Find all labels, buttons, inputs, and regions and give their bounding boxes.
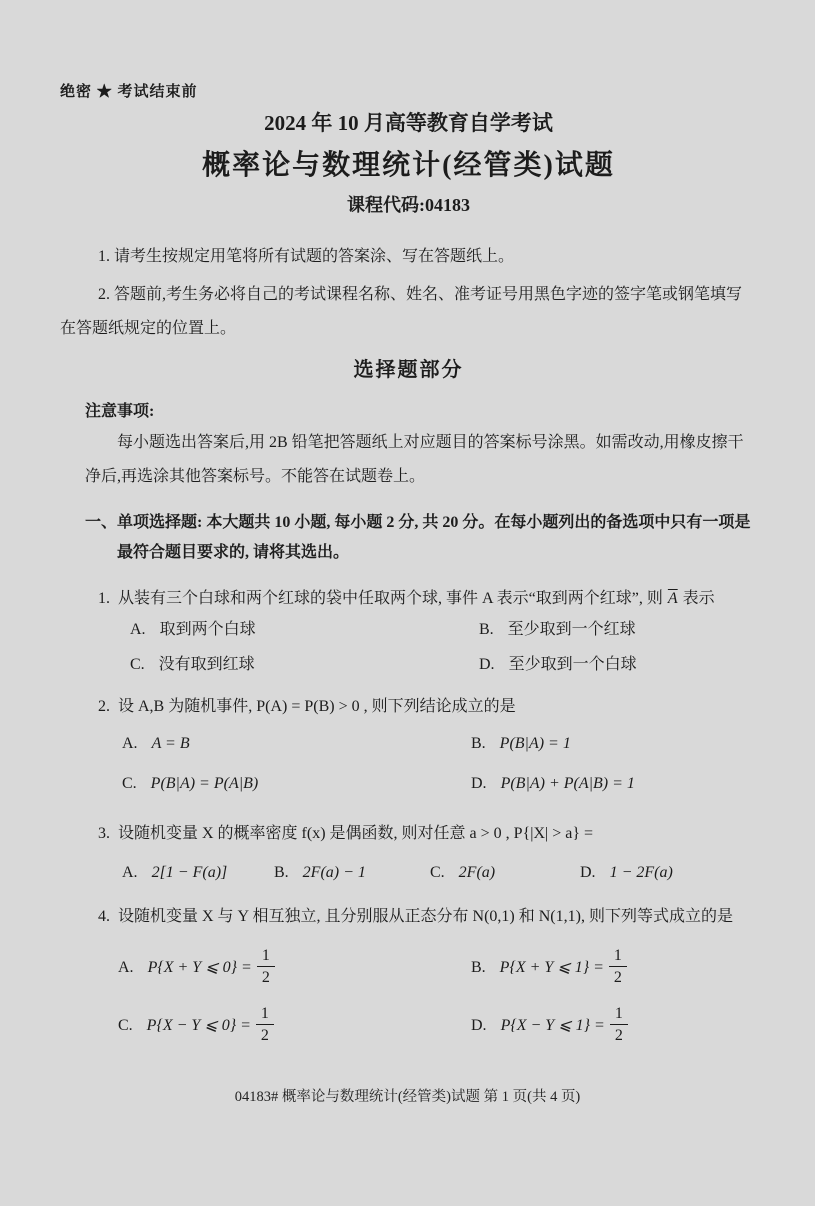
question-3-option-d: D.1 − 2F(a) [580,862,757,884]
option-label: A. [118,959,134,976]
question-1-text-suffix: 表示 [683,590,715,607]
option-text: 没有取到红球 [159,656,255,673]
page-footer: 04183# 概率论与数理统计(经管类)试题 第 1 页(共 4 页) [0,1085,815,1106]
fraction-numerator: 1 [256,1004,274,1025]
option-formula: A = B [152,735,190,752]
question-1: 1.从装有三个白球和两个红球的袋中任取两个球, 事件 A 表示“取到两个红球”,… [60,582,757,676]
option-formula: P(B|A) = 1 [500,735,571,752]
option-label: B. [274,864,289,881]
question-4-option-d: D.P{X − Y ⩽ 1} =12 [471,1002,757,1050]
question-3-option-b: B.2F(a) − 1 [274,862,430,884]
fraction-denominator: 2 [609,967,627,987]
option-label: A. [130,621,146,638]
option-label: C. [122,775,137,792]
question-4-option-c: C.P{X − Y ⩽ 0} =12 [118,1002,471,1050]
option-label: B. [479,621,494,638]
question-1-stem: 1.从装有三个白球和两个红球的袋中任取两个球, 事件 A 表示“取到两个红球”,… [98,582,757,615]
question-3-option-a: A.2[1 − F(a)] [122,862,274,884]
question-2-options: A.A = B B.P(B|A) = 1 C.P(B|A) = P(A|B) D… [122,733,757,795]
fraction-numerator: 1 [609,946,627,967]
course-code: 课程代码:04183 [60,192,757,218]
option-formula: P(B|A) + P(A|B) = 1 [501,775,635,792]
general-instruction-2: 2. 答题前,考生务必将自己的考试课程名称、姓名、准考证号用黑色字迹的签字笔或钢… [60,278,757,346]
option-label: D. [479,656,495,673]
notes-label: 注意事项: [85,400,757,424]
question-4-option-b: B.P{X + Y ⩽ 1} =12 [471,944,757,992]
fraction-denominator: 2 [256,1025,274,1045]
fraction-one-half: 12 [256,1004,274,1045]
question-2-text: 设 A,B 为随机事件, P(A) = P(B) > 0 , 则下列结论成立的是 [118,698,516,715]
exam-session-title: 2024 年 10 月高等教育自学考试 [60,108,757,138]
question-3-text: 设随机变量 X 的概率密度 f(x) 是偶函数, 则对任意 a > 0 , P{… [118,825,593,842]
question-4-option-a: A.P{X + Y ⩽ 0} =12 [118,944,471,992]
section-one-heading: 一、单项选择题: 本大题共 10 小题, 每小题 2 分, 共 20 分。在每小… [85,508,757,568]
option-label: B. [471,959,486,976]
question-4-text: 设随机变量 X 与 Y 相互独立, 且分别服从正态分布 N(0,1) 和 N(1… [118,908,733,925]
paper-title: 概率论与数理统计(经管类)试题 [60,146,757,186]
option-formula: P{X − Y ⩽ 1} = [501,1017,605,1034]
classification-banner: 绝密 ★ 考试结束前 [60,82,757,102]
complement-event-symbol: A [668,590,678,607]
question-2-option-d: D.P(B|A) + P(A|B) = 1 [471,773,757,795]
question-1-option-b: B.至少取到一个红球 [479,619,757,641]
choice-section-title: 选择题部分 [60,356,757,384]
question-1-text: 从装有三个白球和两个红球的袋中任取两个球, 事件 A 表示“取到两个红球”, 则 [118,590,663,607]
option-formula: P{X + Y ⩽ 0} = [148,959,252,976]
option-formula: P{X + Y ⩽ 1} = [500,959,604,976]
question-1-options: A.取到两个白球 B.至少取到一个红球 C.没有取到红球 D.至少取到一个白球 [130,619,757,676]
fraction-one-half: 12 [609,946,627,987]
question-1-number: 1. [98,590,110,607]
fraction-numerator: 1 [257,946,275,967]
question-2: 2.设 A,B 为随机事件, P(A) = P(B) > 0 , 则下列结论成立… [60,690,757,795]
option-label: C. [430,864,445,881]
question-2-option-b: B.P(B|A) = 1 [471,733,757,755]
option-label: A. [122,735,138,752]
option-formula: 2F(a) − 1 [303,864,366,881]
question-4: 4.设随机变量 X 与 Y 相互独立, 且分别服从正态分布 N(0,1) 和 N… [60,900,757,1050]
option-formula: P(B|A) = P(A|B) [151,775,259,792]
notes-text: 每小题选出答案后,用 2B 铅笔把答题纸上对应题目的答案标号涂黑。如需改动,用橡… [85,426,757,494]
fraction-one-half: 12 [610,1004,628,1045]
fraction-denominator: 2 [257,967,275,987]
option-label: B. [471,735,486,752]
question-4-stem: 4.设随机变量 X 与 Y 相互独立, 且分别服从正态分布 N(0,1) 和 N… [98,900,757,934]
option-label: D. [580,864,596,881]
question-1-option-d: D.至少取到一个白球 [479,654,757,676]
option-label: D. [471,1017,487,1034]
option-text: 取到两个白球 [160,621,256,638]
option-label: A. [122,864,138,881]
question-3: 3.设随机变量 X 的概率密度 f(x) 是偶函数, 则对任意 a > 0 , … [60,817,757,884]
option-formula: P{X − Y ⩽ 0} = [147,1017,251,1034]
option-formula: 1 − 2F(a) [610,864,673,881]
question-3-option-c: C.2F(a) [430,862,580,884]
question-4-options: A.P{X + Y ⩽ 0} =12 B.P{X + Y ⩽ 1} =12 C.… [118,944,757,1050]
question-2-number: 2. [98,698,110,715]
question-2-option-a: A.A = B [122,733,471,755]
fraction-numerator: 1 [610,1004,628,1025]
question-1-option-c: C.没有取到红球 [130,654,479,676]
option-label: C. [118,1017,133,1034]
option-text: 至少取到一个红球 [508,621,636,638]
question-3-stem: 3.设随机变量 X 的概率密度 f(x) 是偶函数, 则对任意 a > 0 , … [98,817,757,850]
question-2-option-c: C.P(B|A) = P(A|B) [122,773,471,795]
option-formula: 2F(a) [459,864,495,881]
option-formula: 2[1 − F(a)] [152,864,228,881]
fraction-denominator: 2 [610,1025,628,1045]
question-4-number: 4. [98,908,110,925]
question-3-options: A.2[1 − F(a)] B.2F(a) − 1 C.2F(a) D.1 − … [122,862,757,884]
option-text: 至少取到一个白球 [509,656,637,673]
question-1-option-a: A.取到两个白球 [130,619,479,641]
exam-paper-page: 绝密 ★ 考试结束前 2024 年 10 月高等教育自学考试 概率论与数理统计(… [0,0,815,1206]
option-label: C. [130,656,145,673]
question-3-number: 3. [98,825,110,842]
general-instruction-1: 1. 请考生按规定用笔将所有试题的答案涂、写在答题纸上。 [60,240,757,274]
question-2-stem: 2.设 A,B 为随机事件, P(A) = P(B) > 0 , 则下列结论成立… [98,690,757,723]
fraction-one-half: 12 [257,946,275,987]
option-label: D. [471,775,487,792]
